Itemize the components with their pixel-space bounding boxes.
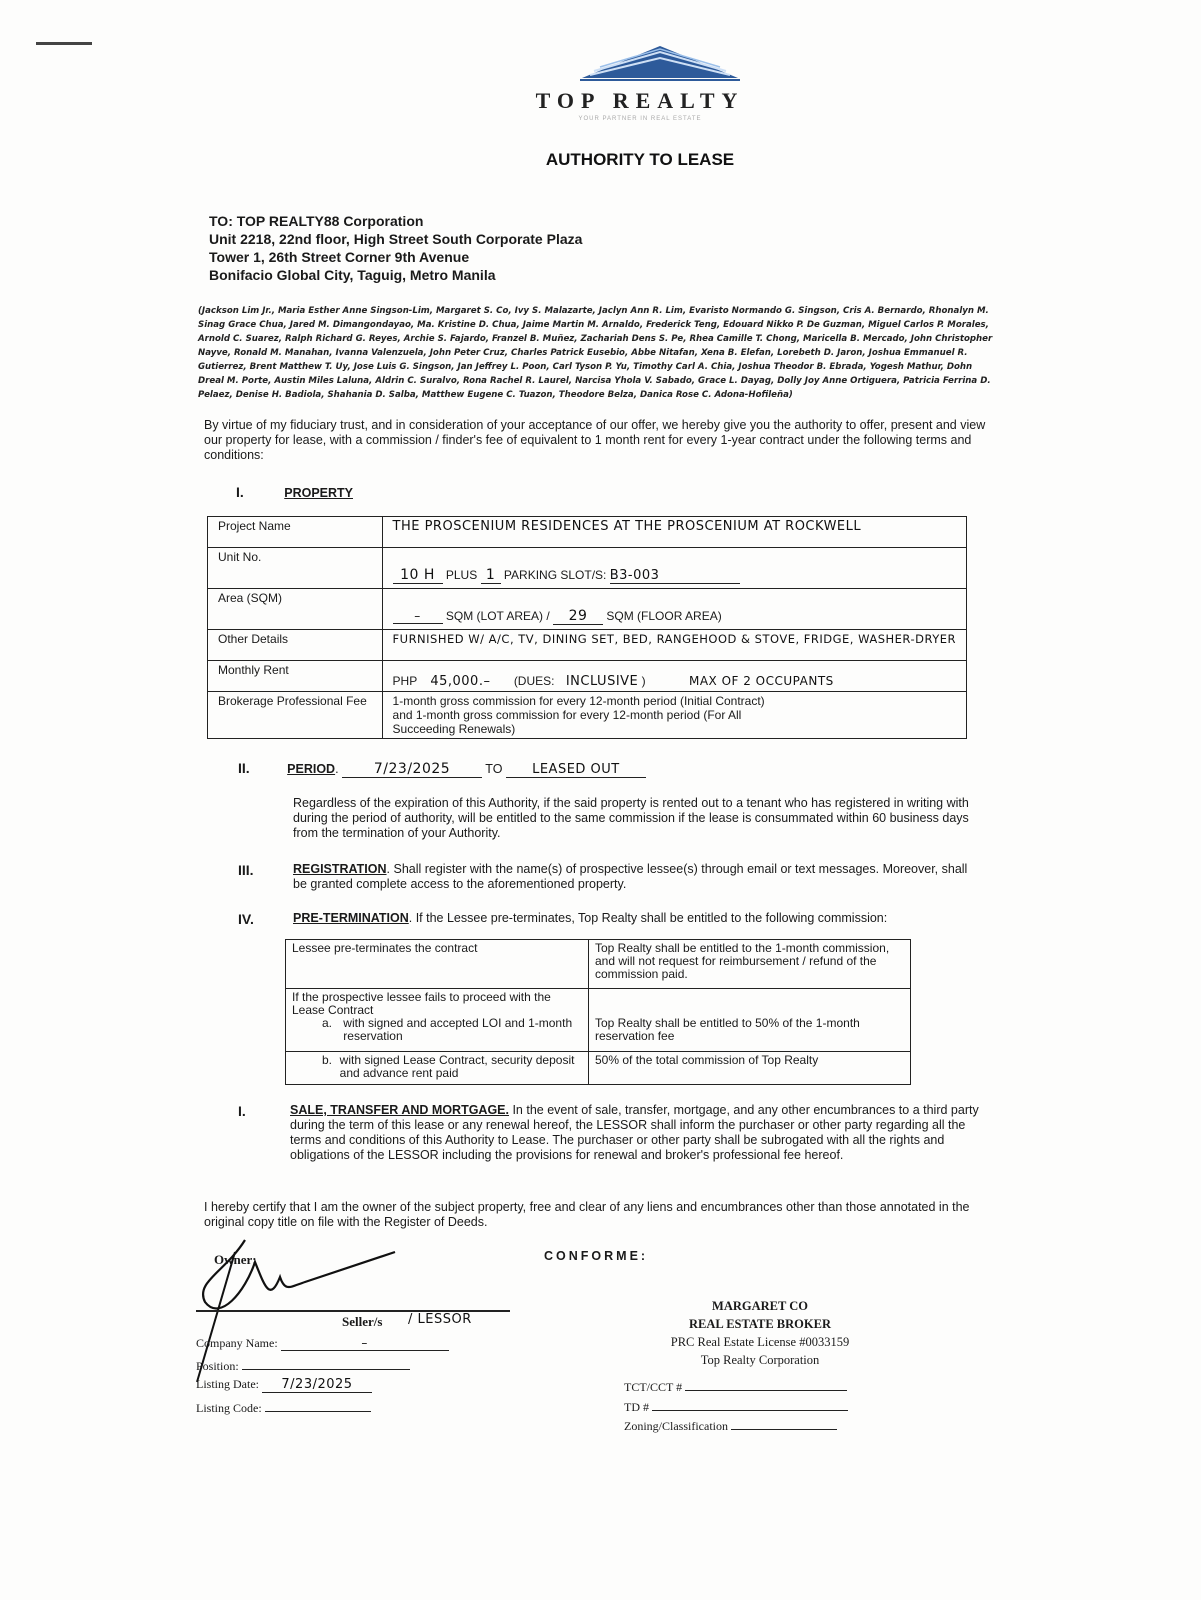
broker-name: MARGARET CO bbox=[630, 1297, 890, 1315]
floor-area-value: 29 bbox=[553, 608, 603, 625]
unit-no-value: 10 H bbox=[393, 567, 443, 584]
registration-paragraph: REGISTRATION. Shall register with the na… bbox=[293, 862, 973, 892]
rent-value: 45,000.– bbox=[430, 674, 490, 689]
section-title: REGISTRATION bbox=[293, 862, 387, 876]
broker-license: PRC Real Estate License #0033159 bbox=[630, 1333, 890, 1351]
tct-row: TCT/CCT # bbox=[624, 1378, 847, 1395]
tct-value bbox=[685, 1378, 847, 1391]
section-title: SALE, TRANSFER AND MORTGAGE. bbox=[290, 1103, 509, 1117]
preterm-commission-3: 50% of the total commission of Top Realt… bbox=[589, 1052, 911, 1085]
broker-block: MARGARET CO REAL ESTATE BROKER PRC Real … bbox=[630, 1297, 890, 1369]
project-name-label: Project Name bbox=[208, 517, 383, 548]
section-title: PROPERTY bbox=[284, 486, 353, 500]
addressee-line: Tower 1, 26th Street Corner 9th Avenue bbox=[209, 248, 582, 266]
dues-value: INCLUSIVE bbox=[566, 674, 638, 689]
preterm-case-3: b. with signed Lease Contract, security … bbox=[286, 1052, 589, 1085]
section-title: PERIOD bbox=[287, 762, 335, 776]
td-row: TD # bbox=[624, 1398, 848, 1415]
occupants-note: MAX OF 2 OCCUPANTS bbox=[689, 674, 834, 688]
broker-company: Top Realty Corporation bbox=[630, 1351, 890, 1369]
preterm-case-1: Lessee pre-terminates the contract bbox=[286, 940, 589, 989]
listing-date-row: Listing Date: 7/23/2025 bbox=[196, 1377, 372, 1393]
section-number: II. bbox=[238, 760, 250, 776]
section-sale-number: I. bbox=[238, 1103, 246, 1121]
addressee-block: TO: TOP REALTY88 Corporation Unit 2218, … bbox=[209, 212, 582, 284]
other-details-label: Other Details bbox=[208, 630, 383, 661]
period-to-value: LEASED OUT bbox=[506, 762, 646, 778]
zoning-row: Zoning/Classification bbox=[624, 1417, 837, 1434]
pretermination-table: Lessee pre-terminates the contract Top R… bbox=[285, 939, 911, 1085]
listing-date-value: 7/23/2025 bbox=[262, 1377, 372, 1393]
position-value bbox=[242, 1356, 410, 1370]
property-table: Project Name THE PROSCENIUM RESIDENCES A… bbox=[207, 516, 967, 739]
parking-count-value: 1 bbox=[481, 567, 501, 584]
dues-close: ) bbox=[642, 674, 646, 688]
rent-currency: PHP bbox=[393, 674, 417, 688]
pretermination-paragraph: PRE-TERMINATION. If the Lessee pre-termi… bbox=[293, 911, 993, 926]
dues-label: (DUES: bbox=[514, 674, 555, 688]
listing-code-value bbox=[265, 1398, 371, 1412]
brand-tagline: YOUR PARTNER IN REAL ESTATE bbox=[560, 116, 720, 122]
conforme-label: CONFORME: bbox=[544, 1249, 648, 1263]
seller-label: Seller/s bbox=[342, 1314, 382, 1330]
document-title: AUTHORITY TO LEASE bbox=[450, 150, 830, 170]
period-from-value: 7/23/2025 bbox=[342, 761, 482, 778]
addressee-line: Bonifacio Global City, Taguig, Metro Man… bbox=[209, 266, 582, 284]
listing-code-row: Listing Code: bbox=[196, 1398, 371, 1416]
other-details-value: FURNISHED W/ A/C, TV, DINING SET, BED, R… bbox=[393, 632, 956, 646]
section-number: I. bbox=[236, 484, 244, 500]
parking-slot-value: B3-003 bbox=[610, 568, 740, 584]
scan-mark bbox=[36, 42, 92, 45]
authorized-agents-list: (Jackson Lim Jr., Maria Esther Anne Sing… bbox=[198, 304, 998, 402]
period-to-label: TO bbox=[485, 762, 502, 776]
seller-note: / LESSOR bbox=[408, 1312, 472, 1327]
intro-paragraph: By virtue of my fiduciary trust, and in … bbox=[204, 418, 994, 463]
zoning-value bbox=[731, 1417, 837, 1430]
plus-label: PLUS bbox=[446, 568, 477, 582]
section-registration-number: III. bbox=[238, 862, 254, 880]
preterm-commission-2: Top Realty shall be entitled to 50% of t… bbox=[589, 989, 911, 1052]
company-name-row: Company Name: – bbox=[196, 1336, 449, 1351]
preterm-commission-1: Top Realty shall be entitled to the 1-mo… bbox=[589, 940, 911, 989]
brokerage-fee-label: Brokerage Professional Fee bbox=[208, 692, 383, 739]
period-paragraph: Regardless of the expiration of this Aut… bbox=[293, 796, 983, 841]
lot-area-value: – bbox=[393, 609, 443, 624]
parking-label: PARKING SLOT/S: bbox=[504, 568, 606, 582]
td-value bbox=[652, 1398, 848, 1411]
sale-transfer-paragraph: SALE, TRANSFER AND MORTGAGE. In the even… bbox=[290, 1103, 980, 1163]
preterm-case-2: If the prospective lessee fails to proce… bbox=[286, 989, 589, 1052]
brand-name: TOP REALTY bbox=[520, 88, 760, 114]
section-pretermination-number: IV. bbox=[238, 911, 254, 929]
project-name-value: THE PROSCENIUM RESIDENCES AT THE PROSCEN… bbox=[393, 519, 862, 534]
section-property-heading: I. PROPERTY bbox=[236, 484, 353, 502]
addressee-line: TO: TOP REALTY88 Corporation bbox=[209, 212, 582, 230]
floor-area-label: SQM (FLOOR AREA) bbox=[606, 609, 721, 623]
brokerage-fee-value: 1-month gross commission for every 12-mo… bbox=[382, 692, 966, 739]
certification-paragraph: I hereby certify that I am the owner of … bbox=[204, 1200, 994, 1230]
area-label: Area (SQM) bbox=[208, 589, 383, 630]
company-name-value: – bbox=[281, 1336, 449, 1351]
section-period-heading: II. PERIOD. 7/23/2025 TO LEASED OUT bbox=[238, 760, 646, 778]
house-roof-logo-icon bbox=[580, 44, 740, 84]
section-title: PRE-TERMINATION bbox=[293, 911, 409, 925]
broker-role: REAL ESTATE BROKER bbox=[630, 1315, 890, 1333]
position-row: Position: bbox=[196, 1356, 410, 1374]
unit-no-label: Unit No. bbox=[208, 548, 383, 589]
lot-area-label: SQM (LOT AREA) / bbox=[446, 609, 550, 623]
addressee-line: Unit 2218, 22nd floor, High Street South… bbox=[209, 230, 582, 248]
monthly-rent-label: Monthly Rent bbox=[208, 661, 383, 692]
